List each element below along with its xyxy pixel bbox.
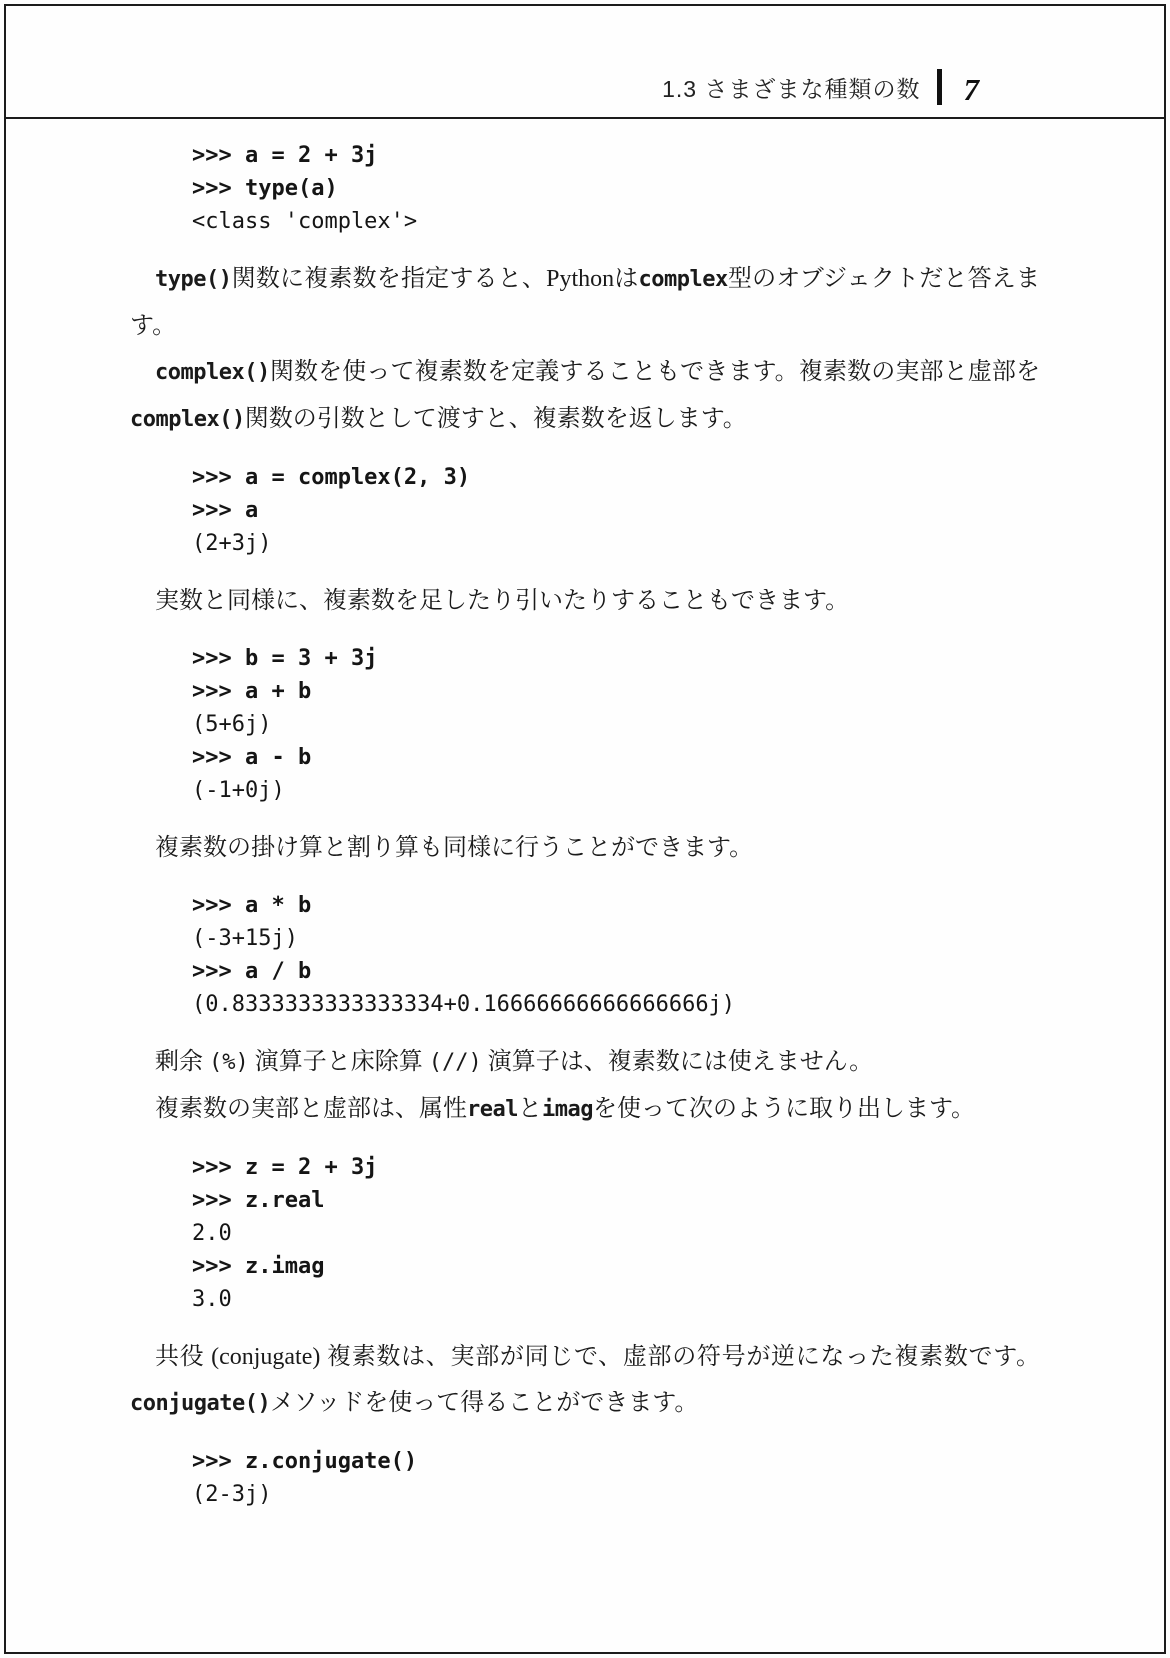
inline-code: conjugate() <box>130 1391 270 1416</box>
paragraph-text: 演算子と床除算 <box>249 1049 429 1075</box>
page-header: 1.3 さまざまな種類の数 7 <box>6 6 1164 119</box>
paragraph-text: 関数の引数として渡すと、複素数を返します。 <box>245 406 747 432</box>
code-line: 2.0 <box>192 1217 1040 1250</box>
code-block: >>> z.conjugate() (2-3j) <box>192 1445 1040 1511</box>
header-divider <box>937 69 942 105</box>
code-block: >>> a * b (-3+15j) >>> a / b (0.83333333… <box>192 889 1040 1021</box>
code-block: >>> a = 2 + 3j >>> type(a) <class 'compl… <box>192 139 1040 238</box>
paragraph-text: 共役 (conjugate) 複素数は、実部が同じで、虚部の符号が逆になった複素… <box>155 1344 1040 1370</box>
paragraph-text: 複素数の掛け算と割り算も同様に行うことができます。 <box>155 835 753 861</box>
paragraph-text: 剰余 <box>155 1049 209 1075</box>
code-block: >>> z = 2 + 3j >>> z.real 2.0 >>> z.imag… <box>192 1151 1040 1316</box>
page-border: 1.3 さまざまな種類の数 7 >>> a = 2 + 3j >>> type(… <box>4 4 1166 1654</box>
code-line: (2-3j) <box>192 1478 1040 1511</box>
code-line: (-3+15j) <box>192 922 1040 955</box>
paragraph: type()関数に複素数を指定すると、Pythonはcomplex型のオブジェク… <box>130 256 1040 349</box>
inline-code: real <box>467 1097 518 1122</box>
code-line: >>> z = 2 + 3j <box>192 1151 1040 1184</box>
code-line: >>> type(a) <box>192 172 1040 205</box>
paragraph-text: を使って次のように取り出します。 <box>593 1096 975 1122</box>
code-line: >>> a <box>192 494 1040 527</box>
paragraph-text: 関数を使って複素数を定義することもできます。複素数の実部と虚部を <box>270 359 1040 385</box>
inline-code: complex() <box>155 360 270 385</box>
code-line: >>> a - b <box>192 741 1040 774</box>
inline-code: type() <box>155 267 231 292</box>
code-block: >>> a = complex(2, 3) >>> a (2+3j) <box>192 461 1040 560</box>
book-page: 1.3 さまざまな種類の数 7 >>> a = 2 + 3j >>> type(… <box>0 0 1170 1658</box>
paragraph-text: メソッドを使って得ることができます。 <box>270 1390 698 1416</box>
inline-code: (//) <box>429 1050 482 1075</box>
section-title: 1.3 さまざまな種類の数 <box>662 78 920 105</box>
inline-code: (%) <box>209 1050 249 1075</box>
paragraph-text: 関数に複素数を指定すると、Pythonは <box>231 266 638 292</box>
paragraph-text: 演算子は、複素数には使えません。 <box>482 1049 873 1075</box>
paragraph: 複素数の実部と虚部は、属性realとimagを使って次のように取り出します。 <box>130 1086 1040 1133</box>
paragraph-text: と <box>518 1096 542 1122</box>
code-line: >>> a = complex(2, 3) <box>192 461 1040 494</box>
code-line: >>> z.conjugate() <box>192 1445 1040 1478</box>
paragraph-text: 複素数の実部と虚部は、属性 <box>155 1096 467 1122</box>
inline-code: complex() <box>130 407 245 432</box>
code-line: >>> a + b <box>192 675 1040 708</box>
code-line: (5+6j) <box>192 708 1040 741</box>
paragraph: 実数と同様に、複素数を足したり引いたりすることもできます。 <box>130 578 1040 624</box>
code-line: (0.8333333333333334+0.16666666666666666j… <box>192 988 1040 1021</box>
code-line: <class 'complex'> <box>192 205 1040 238</box>
paragraph: complex()関数を使って複素数を定義することもできます。複素数の実部と虚部… <box>130 349 1040 443</box>
code-line: 3.0 <box>192 1283 1040 1316</box>
code-line: >>> z.imag <box>192 1250 1040 1283</box>
code-line: (2+3j) <box>192 527 1040 560</box>
code-line: >>> a = 2 + 3j <box>192 139 1040 172</box>
paragraph-text: 実数と同様に、複素数を足したり引いたりすることもできます。 <box>155 588 849 614</box>
paragraph: 共役 (conjugate) 複素数は、実部が同じで、虚部の符号が逆になった複素… <box>130 1334 1040 1427</box>
paragraph: 剰余 (%) 演算子と床除算 (//) 演算子は、複素数には使えません。 <box>130 1039 1040 1086</box>
code-line: >>> z.real <box>192 1184 1040 1217</box>
paragraph: 複素数の掛け算と割り算も同様に行うことができます。 <box>130 825 1040 871</box>
code-line: >>> a * b <box>192 889 1040 922</box>
code-line: (-1+0j) <box>192 774 1040 807</box>
code-line: >>> a / b <box>192 955 1040 988</box>
page-content: >>> a = 2 + 3j >>> type(a) <class 'compl… <box>130 121 1040 1529</box>
page-number: 7 <box>964 74 980 105</box>
code-line: >>> b = 3 + 3j <box>192 642 1040 675</box>
code-block: >>> b = 3 + 3j >>> a + b (5+6j) >>> a - … <box>192 642 1040 807</box>
inline-code: complex <box>639 267 728 292</box>
inline-code: imag <box>542 1097 593 1122</box>
